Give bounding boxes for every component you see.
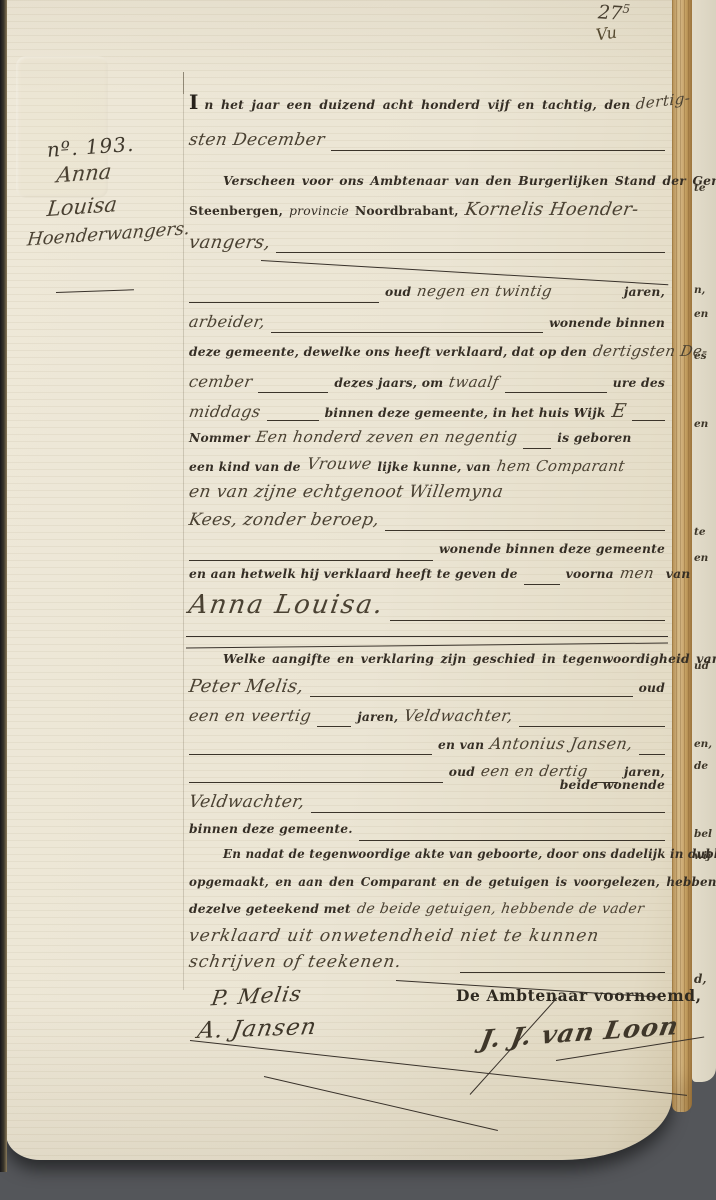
deed-line-sex: een kind van de Vrouwe lijke kunne, van …: [186, 458, 668, 482]
blank-underline: [385, 527, 665, 531]
deed-line-witness1: Peter Melis, oud: [186, 678, 668, 702]
hw-illiteracy-note2: schrijven of teekenen.: [188, 954, 403, 971]
blank-underline: [524, 581, 560, 585]
folio-paraph: Vu: [595, 25, 618, 44]
deed-line-child-name: Anna Louisa.: [186, 592, 668, 626]
hw-names-suffix: men: [619, 566, 655, 581]
deed-line-witness-intro: Welke aangifte en verklaring zijn geschi…: [186, 652, 668, 676]
edge-fragment: en: [694, 552, 708, 564]
blank-underline: [639, 751, 665, 755]
hw-witness2-occupation: Veldwachter,: [188, 794, 306, 811]
deed-line-witness1-age: een en veertig jaren, Veldwachter,: [186, 708, 668, 732]
deed-line-mother-name: Kees, zonder beroep,: [186, 512, 668, 536]
deed-line-givenname-intro: en aan hetwelk hij verklaard heeft te ge…: [186, 566, 668, 590]
hw-wijk-letter: E: [610, 402, 627, 421]
hw-sex: Vrouwe: [305, 456, 372, 472]
blank-underline: [359, 837, 665, 841]
blank-underline: [189, 557, 433, 561]
deed-line-house: middags binnen deze gemeente, in het hui…: [186, 402, 668, 426]
edge-fragment: en: [694, 418, 708, 430]
folio-number: 275: [597, 1, 630, 24]
blank-underline: [310, 693, 633, 697]
page-left-edge: [0, 0, 7, 1172]
deed-line-closing1: En nadat de tegenwoordige akte van geboo…: [186, 848, 668, 872]
hw-declarant-name-cont: vangers,: [188, 234, 272, 252]
hw-house-number: Een honderd zeven en negentig: [255, 430, 519, 446]
blank-underline: [317, 723, 351, 727]
blank-underline: [460, 969, 665, 973]
drop-cap: I: [189, 92, 198, 112]
blank-underline: [258, 389, 328, 393]
blank-underline: [311, 809, 665, 813]
hw-witness1-name: Peter Melis,: [188, 678, 305, 696]
edge-fragment: te: [694, 526, 706, 538]
deed-line-name-cont: vangers,: [186, 234, 668, 258]
deed-line-year: In het jaar een duizend acht honderd vij…: [186, 92, 668, 116]
deed-line-month: sten December: [186, 132, 668, 156]
hw-witness1-occupation: Veldwachter,: [403, 708, 515, 724]
next-page-sliver: te n, en es en te en ud en, de bel wij d…: [692, 0, 716, 1082]
hw-daypart: middags: [188, 404, 262, 420]
blank-underline: [523, 445, 551, 449]
deed-line-number: Nommer Een honderd zeven en negentig is …: [186, 430, 668, 454]
hw-month: sten December: [188, 132, 326, 149]
edge-fragment: bel: [694, 828, 712, 840]
edge-fragment: en: [694, 308, 708, 320]
section-divider: [186, 636, 668, 637]
blank-underline: [519, 723, 665, 727]
deed-line-residence2: binnen deze gemeente.: [186, 822, 668, 846]
book-binding-edge: [672, 0, 692, 1112]
deed-line-birth-time: cember dezes jaars, om twaalf ure des: [186, 374, 668, 398]
hw-declarant-name: Kornelis Hoender-: [463, 201, 639, 219]
blank-underline: [505, 389, 607, 393]
deed-line-witness2-occupation: Veldwachter,: [186, 794, 668, 818]
signature-witness2: A. Jansen: [196, 1016, 319, 1043]
register-scan: 275 Vu nº. 193. Anna Louisa Hoenderwange…: [0, 0, 716, 1200]
edge-fragment: n,: [694, 284, 705, 296]
margin-annotation: nº. 193. Anna Louisa Hoenderwangers.: [20, 131, 187, 255]
deed-line-witness2: en van Antonius Jansen,: [186, 736, 668, 760]
hw-signing-note: de beide getuigen, hebbende de vader: [356, 902, 645, 916]
deed-line-declaration: deze gemeente, dewelke ons heeft verklaa…: [186, 344, 668, 368]
hw-witness1-age: een en veertig: [188, 708, 313, 724]
edge-fragment: de: [694, 760, 708, 772]
blank-underline: [271, 329, 543, 333]
deed-line-mother: en van zijne echtgenoot Willemyna: [186, 484, 668, 508]
edge-fragment: d,: [694, 972, 707, 986]
blank-underline: [632, 417, 665, 421]
blank-underline: [331, 147, 665, 151]
deed-line-closing3: dezelve geteekend met de beide getuigen,…: [186, 902, 668, 926]
hw-occupation: arbeider,: [188, 314, 267, 330]
hw-father-ref: hem Comparant: [496, 459, 626, 474]
deed-line-residence: wonende binnen deze gemeente: [186, 542, 668, 566]
blank-underline: [276, 249, 665, 253]
blank-underline: [267, 417, 319, 421]
blank-underline: [189, 751, 432, 755]
hw-illiteracy-note: verklaard uit onwetendheid niet te kunne…: [188, 928, 601, 945]
hw-witness2-name: Antonius Jansen,: [489, 736, 634, 752]
deed-line-age: oud negen en twintig jaren,: [186, 284, 668, 308]
hw-mother-intro: en van zijne echtgenoot Willemyna: [188, 484, 505, 501]
deed-line-municipality: Steenbergen, provincie Noordbrabant, Kor…: [186, 201, 668, 225]
deed-line-closing4: verklaard uit onwetendheid niet te kunne…: [186, 928, 668, 952]
edge-fragment: en,: [694, 738, 712, 750]
deed-line-closing2: opgemaakt, en aan den Comparant en de ge…: [186, 876, 668, 900]
deed-line-occupation: arbeider, wonende binnen: [186, 314, 668, 338]
official-title: De Ambtenaar voornoemd,: [456, 988, 702, 1004]
hw-mother-name: Kees, zonder beroep,: [188, 512, 381, 529]
deed-line-closing5: schrijven of teekenen.: [186, 954, 668, 978]
hw-birth-month: cember: [188, 374, 254, 390]
hw-age: negen en twintig: [416, 284, 553, 299]
deed-line-appeared: Verscheen voor ons Ambtenaar van den Bur…: [186, 174, 668, 198]
hw-child-name: Anna Louisa.: [187, 592, 386, 618]
hw-hour: twaalf: [448, 375, 500, 390]
blank-underline: [390, 617, 665, 621]
signature-witness1: P. Melis: [210, 984, 304, 1010]
blank-underline: [189, 299, 379, 303]
hw-birth-day: dertigsten De-: [592, 344, 709, 359]
